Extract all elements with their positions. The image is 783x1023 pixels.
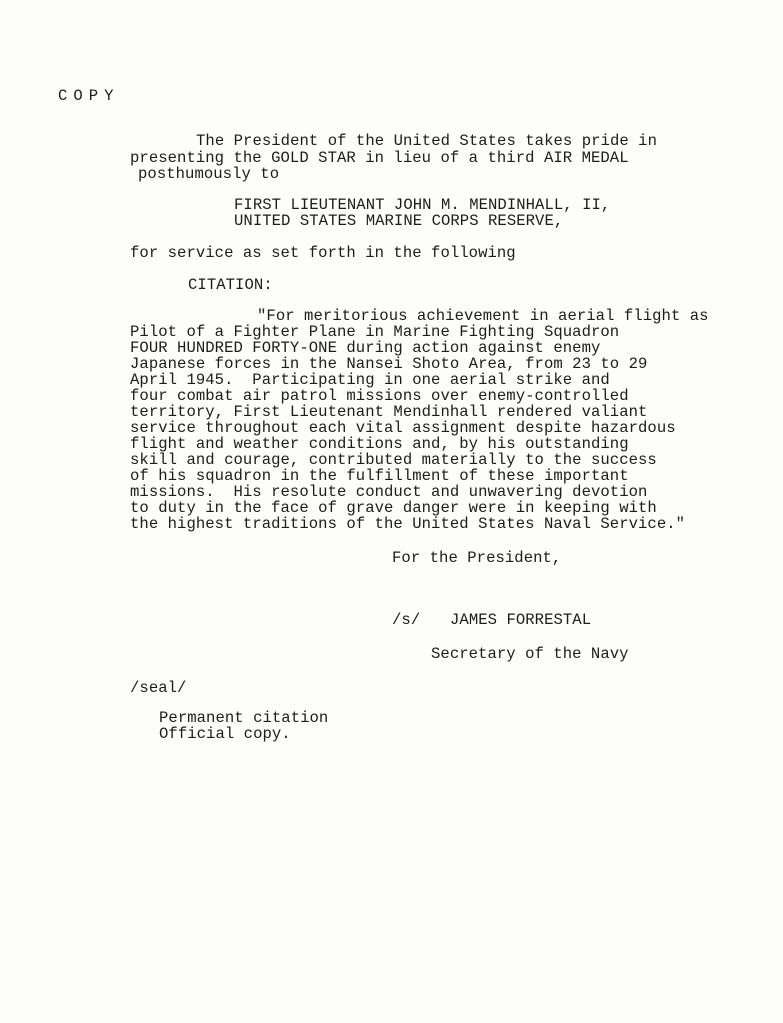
copy-mark: COPY (58, 87, 119, 105)
citation-line: April 1945. Participating in one aerial … (130, 372, 610, 388)
citation-line: of his squadron in the fulfillment of th… (130, 468, 629, 484)
closing-line: For the President, (392, 550, 561, 566)
footer-line: Official copy. (159, 726, 291, 742)
citation-heading: CITATION: (188, 277, 273, 293)
document-page: COPY The President of the United States … (0, 0, 783, 1023)
citation-line: Japanese forces in the Nansei Shoto Area… (130, 356, 647, 372)
citation-line: the highest traditions of the United Sta… (130, 516, 685, 532)
seal-mark: /seal/ (130, 680, 186, 696)
citation-line: service throughout each vital assignment… (130, 420, 676, 436)
recipient-unit: UNITED STATES MARINE CORPS RESERVE, (234, 213, 563, 229)
service-line: for service as set forth in the followin… (130, 245, 516, 261)
citation-line: FOUR HUNDRED FORTY-ONE during action aga… (130, 340, 600, 356)
signature-prefix: /s/ (392, 612, 420, 628)
intro-line: The President of the United States takes… (196, 133, 657, 149)
recipient-name: FIRST LIEUTENANT JOHN M. MENDINHALL, II, (234, 197, 610, 213)
citation-line: skill and courage, contributed materiall… (130, 452, 657, 468)
signatory-name: JAMES FORRESTAL (450, 612, 591, 628)
citation-line: territory, First Lieutenant Mendinhall r… (130, 404, 647, 420)
footer-line: Permanent citation (159, 710, 328, 726)
citation-line: missions. His resolute conduct and unwav… (130, 484, 647, 500)
citation-line: to duty in the face of grave danger were… (130, 500, 657, 516)
citation-line: "For meritorious achievement in aerial f… (257, 308, 709, 324)
citation-line: Pilot of a Fighter Plane in Marine Fight… (130, 324, 619, 340)
citation-line: flight and weather conditions and, by hi… (130, 436, 629, 452)
intro-line: presenting the GOLD STAR in lieu of a th… (130, 150, 629, 166)
citation-line: four combat air patrol missions over ene… (130, 388, 629, 404)
signatory-title: Secretary of the Navy (431, 646, 629, 662)
intro-line: posthumously to (138, 166, 279, 182)
